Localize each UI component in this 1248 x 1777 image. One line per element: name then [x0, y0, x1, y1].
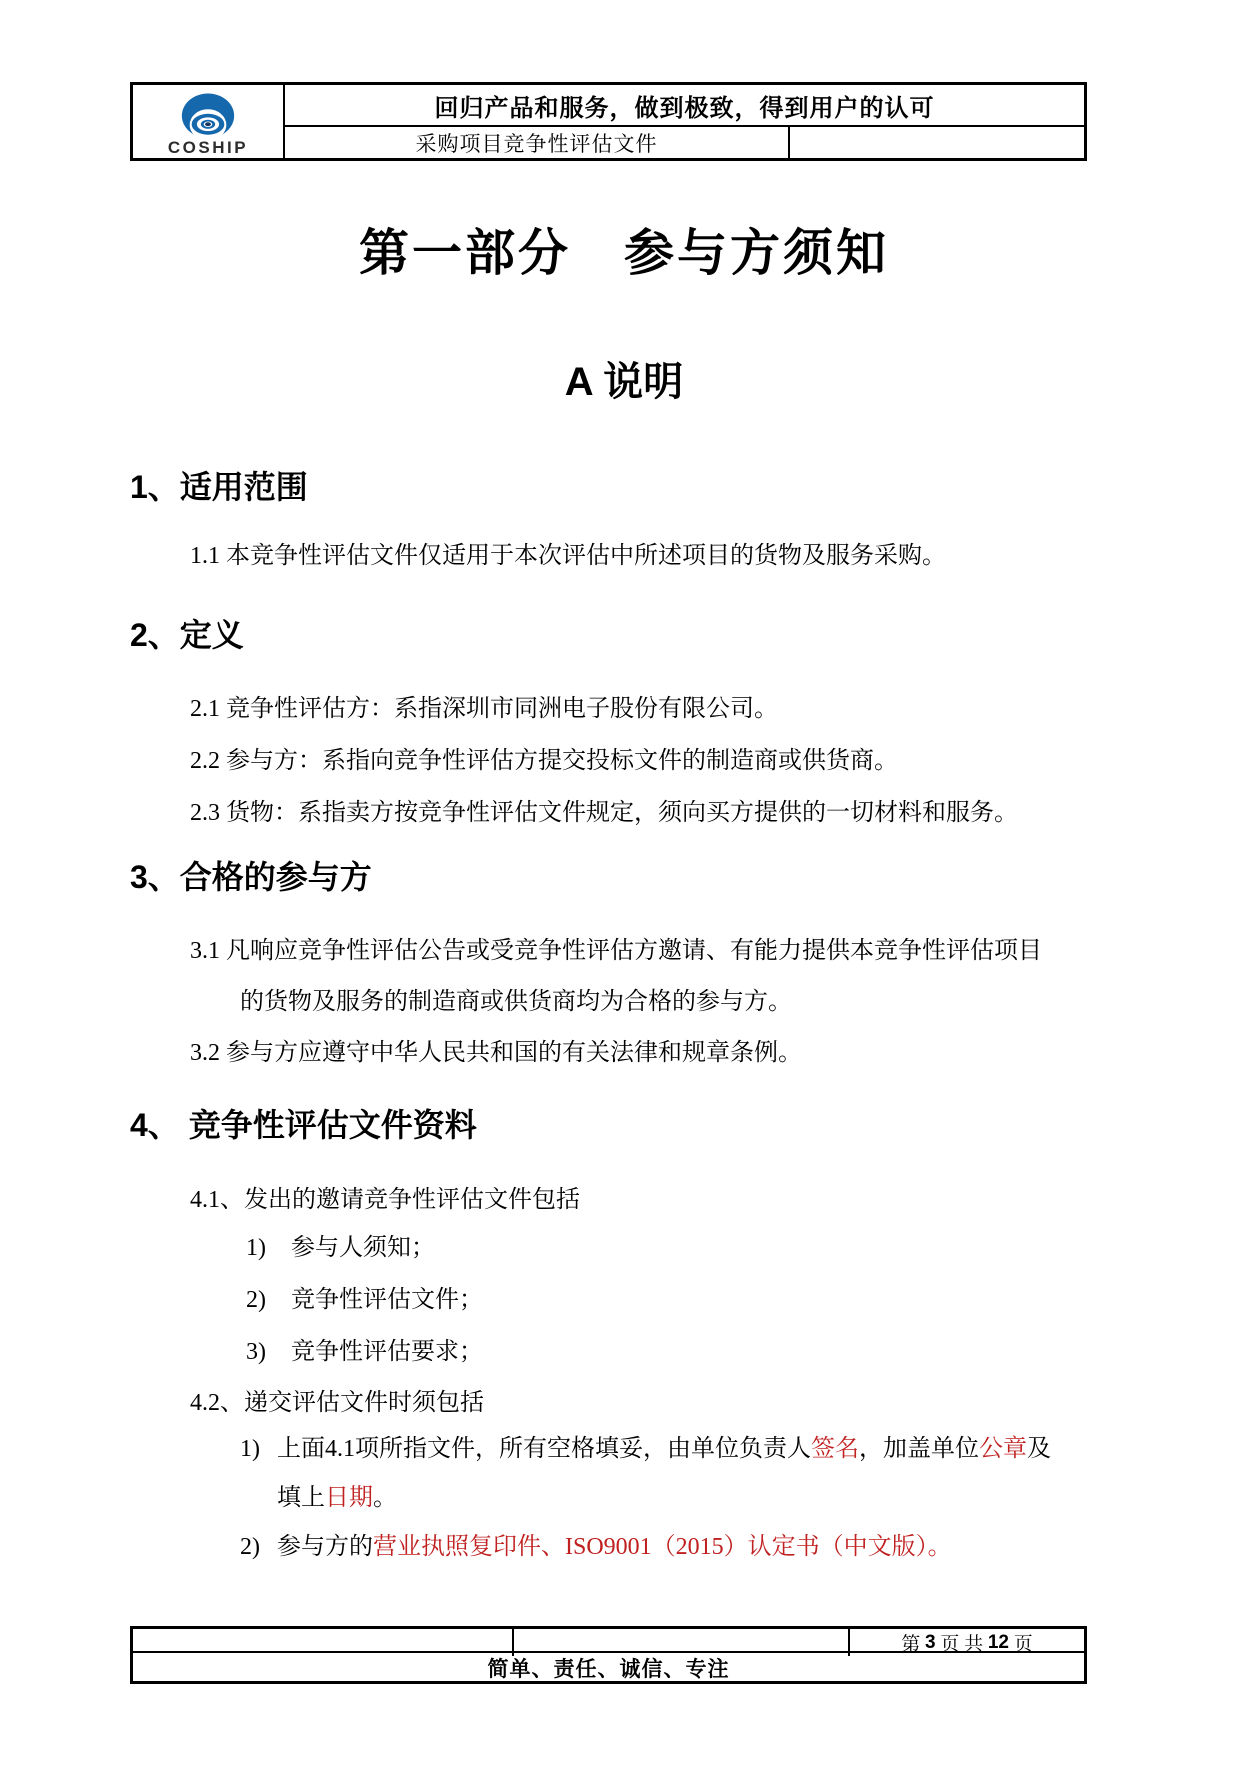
paragraph-2-3: 2.3 货物：系指卖方按竞争性评估文件规定，须向买方提供的一切材料和服务。 [190, 798, 1018, 828]
list-item-number: 2) [246, 1285, 291, 1315]
logo-wordmark: COSHIP [168, 138, 248, 158]
list-item-text: ，加盖单位 [859, 1436, 979, 1462]
list-item-text: 参与方的 [277, 1534, 373, 1560]
page-number-mid: 页 共 [936, 1629, 988, 1656]
coship-logo-icon [160, 87, 256, 138]
list-item-number: 2) [240, 1532, 277, 1562]
section-1-heading: 1、适用范围 [130, 470, 308, 505]
company-logo: COSHIP [133, 85, 285, 158]
section-4-heading: 4、 竞争性评估文件资料 [130, 1108, 477, 1143]
list-item-4-1-2: 2)竞争性评估文件； [246, 1285, 483, 1315]
section-3-heading: 3、合格的参与方 [130, 860, 372, 895]
footer-motto: 简单、责任、诚信、专注 [133, 1653, 1084, 1683]
page-title: 第一部分 参与方须知 [0, 213, 1248, 285]
paragraph-4-1: 4.1、发出的邀请竞争性评估文件包括 [190, 1185, 580, 1215]
page-number-current: 3 [925, 1632, 936, 1654]
list-item-text: 竞争性评估要求； [291, 1339, 483, 1365]
list-item-4-2-2: 2)参与方的营业执照复印件、ISO9001（2015）认定书（中文版）。 [240, 1532, 952, 1562]
list-item-text: 上面4.1项所指文件，所有空格填妥，由单位负责人 [277, 1436, 811, 1462]
page-footer-table: 第 3 页 共 12 页 简单、责任、诚信、专注 [130, 1626, 1087, 1684]
page-number-suffix: 页 [1009, 1629, 1033, 1656]
header-empty-cell [790, 127, 1084, 158]
list-item-number: 1) [240, 1434, 277, 1464]
highlight-signature: 签名 [811, 1436, 859, 1462]
list-item-4-2-1: 1)上面4.1项所指文件，所有空格填妥，由单位负责人签名，加盖单位公章及 [240, 1434, 1051, 1464]
footer-top-row: 第 3 页 共 12 页 [133, 1629, 1084, 1653]
list-item-text: 填上 [277, 1485, 325, 1511]
paragraph-2-2: 2.2 参与方：系指向竞争性评估方提交投标文件的制造商或供货商。 [190, 746, 898, 776]
page-number: 第 3 页 共 12 页 [850, 1629, 1084, 1656]
section-2-heading: 2、定义 [130, 618, 244, 653]
page-number-prefix: 第 [901, 1629, 925, 1656]
page-header-table: COSHIP 回归产品和服务，做到极致，得到用户的认可 采购项目竞争性评估文件 [130, 82, 1087, 161]
page-number-total: 12 [988, 1632, 1009, 1654]
highlight-license-docs: 营业执照复印件、ISO9001（2015）认定书（中文版）。 [373, 1534, 952, 1560]
paragraph-3-1-line1: 3.1 凡响应竞争性评估公告或受竞争性评估方邀请、有能力提供本竞争性评估项目 [190, 936, 1042, 966]
document-page: COSHIP 回归产品和服务，做到极致，得到用户的认可 采购项目竞争性评估文件 … [0, 0, 1248, 1777]
list-item-text: 。 [373, 1485, 397, 1511]
paragraph-1-1: 1.1 本竞争性评估文件仅适用于本次评估中所述项目的货物及服务采购。 [190, 541, 946, 571]
footer-empty-cell-1 [133, 1629, 514, 1656]
list-item-number: 3) [246, 1337, 291, 1367]
footer-empty-cell-2 [514, 1629, 850, 1656]
header-slogan: 回归产品和服务，做到极致，得到用户的认可 [285, 85, 1084, 127]
list-item-4-1-3: 3)竞争性评估要求； [246, 1337, 483, 1367]
paragraph-2-1: 2.1 竞争性评估方：系指深圳市同洲电子股份有限公司。 [190, 694, 778, 724]
list-item-4-2-1-wrap: 填上日期。 [277, 1483, 397, 1513]
list-item-number: 1) [246, 1233, 291, 1263]
list-item-text: 竞争性评估文件； [291, 1287, 483, 1313]
highlight-seal: 公章 [979, 1436, 1027, 1462]
highlight-date: 日期 [325, 1485, 373, 1511]
paragraph-4-2: 4.2、递交评估文件时须包括 [190, 1388, 484, 1418]
list-item-text: 及 [1027, 1436, 1051, 1462]
page-subtitle: A 说明 [0, 350, 1248, 407]
list-item-4-1-1: 1)参与人须知； [246, 1233, 435, 1263]
paragraph-3-1-line2: 的货物及服务的制造商或供货商均为合格的参与方。 [240, 987, 792, 1017]
header-doc-type: 采购项目竞争性评估文件 [285, 127, 790, 158]
list-item-text: 参与人须知； [291, 1235, 435, 1261]
paragraph-3-2: 3.2 参与方应遵守中华人民共和国的有关法律和规章条例。 [190, 1038, 802, 1068]
